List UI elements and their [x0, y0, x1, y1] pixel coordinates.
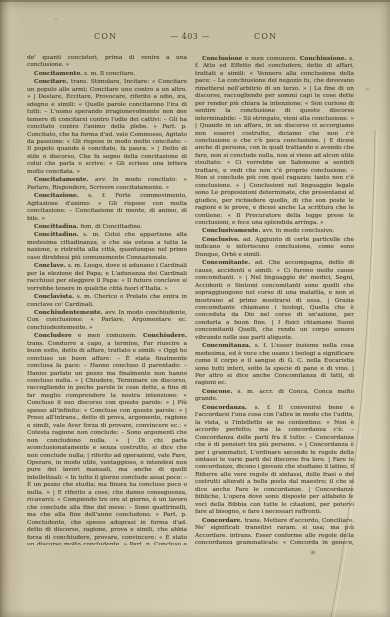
entry-term: Concomitante.	[202, 259, 250, 266]
dictionary-entry: Concordare. trans. Mettere d'accordo, Co…	[195, 517, 354, 545]
entry-text: trans. Condurre a capo, a termine, Far r…	[27, 341, 187, 545]
dictionary-entry: Concittadina. fem. di Concittadino.	[27, 223, 187, 231]
dictionary-entry: Concitazione. s. f. Forte commovimento, …	[27, 192, 187, 223]
dictionary-entry: Concitamento. s. m. Il concitare.	[27, 70, 187, 78]
text-columns: de' quanti concistori, prima di venire a…	[27, 55, 354, 545]
dictionary-entry: Concone. s. m. accr. di Conca, Conca mol…	[195, 388, 354, 404]
dictionary-entry: de' quanti concistori, prima di venire a…	[27, 55, 187, 70]
entry-term: Concitamento.	[34, 70, 82, 77]
page-number: — 403 —	[158, 32, 222, 41]
entry-term: Concitare.	[34, 78, 68, 85]
entry-text: s. m. Il concitare.	[82, 71, 135, 77]
dictionary-entry: Concomitante. ad. Che accompagna, detto …	[195, 259, 354, 342]
entry-term: Concone.	[202, 388, 233, 395]
entry-text: trans. Stimolare, Incitare: « Concitare …	[27, 79, 187, 174]
dictionary-entry: Concittadino. s. m. Colui che appartiene…	[27, 231, 187, 262]
dictionary-entry: Conchiudentemente. avv. In modo conchiud…	[27, 309, 187, 332]
entry-term: Concludere	[34, 332, 72, 339]
entry-term: Concitazione.	[34, 192, 79, 199]
entry-term: Conchiusione.	[300, 55, 347, 62]
entry-term: Concittadina.	[34, 223, 79, 230]
entry-text: fem. di Concittadino.	[79, 224, 143, 230]
paper-stain	[311, 551, 315, 554]
entry-term: Conclusivo.	[202, 236, 240, 243]
dictionary-entry: Concitatamente. avv. In modo concitato: …	[27, 176, 187, 192]
dictionary-entry: Conclusione e men comunem. Conchiusione.…	[195, 55, 354, 227]
entry-term: Concordanza.	[202, 404, 247, 411]
entry-text: e men comunem.	[243, 56, 300, 62]
right-column: Conclusione e men comunem. Conchiusione.…	[195, 55, 354, 545]
entry-term: Concordare.	[202, 517, 242, 524]
entry-term: Conclusione	[202, 55, 243, 62]
entry-text: s. f. Il convenirsi bene e l'accordarsi …	[195, 405, 354, 515]
dictionary-entry: Conclusivamente. avv. In modo conclusivo…	[195, 227, 354, 235]
entry-text: de' quanti concistori, prima di venire a…	[27, 55, 187, 68]
running-head-left: CON	[94, 32, 117, 41]
entry-term: Conclave.	[34, 262, 66, 269]
entry-term: Conchiudentemente.	[34, 309, 103, 316]
dictionary-entry: Concitare. trans. Stimolare, Incitare: «…	[27, 78, 187, 176]
entry-term: Conclavista.	[34, 293, 74, 300]
entry-text: s. f. L'esser insieme nella cosa medesim…	[195, 343, 354, 386]
page-header: CON — 403 — CON	[0, 32, 390, 44]
paper-stain	[366, 88, 369, 90]
running-head-right: CON	[254, 32, 277, 41]
entry-term: Conclusivamente.	[202, 227, 261, 234]
dictionary-entry: Concludere e men comunem. Conchiudere. t…	[27, 332, 187, 545]
dictionary-entry: Concomitanza. s. f. L'esser insieme nell…	[195, 342, 354, 388]
page-top-edge	[0, 0, 390, 2]
dictionary-entry: Conclave. s. m. Luogo, dove si adunano i…	[27, 262, 187, 293]
dictionary-entry: Conclusivo. ad. Aggiunto di certe partic…	[195, 236, 354, 259]
dictionary-entry: Conclavista. s. m. Cherico o Prelato che…	[27, 293, 187, 309]
entry-text: ad. Che accompagna, detto di cause, acci…	[195, 260, 354, 341]
entry-text: e men comunem.	[72, 333, 143, 339]
book-page: CON — 403 — CON de' quanti concistori, p…	[0, 0, 390, 617]
paper-stain	[55, 18, 57, 20]
entry-text: s. f. Atto ed Effetto del concludere, de…	[195, 56, 354, 226]
left-column: de' quanti concistori, prima di venire a…	[27, 55, 187, 545]
entry-term: Concomitanza.	[202, 342, 251, 349]
entry-text: avv. In modo conclusivo.	[261, 228, 335, 234]
entry-term: Concittadino.	[34, 231, 79, 238]
entry-term: Concitatamente.	[34, 176, 89, 183]
entry-term: Conchiudere.	[143, 332, 187, 339]
dictionary-entry: Concordanza. s. f. Il convenirsi bene e …	[195, 404, 354, 517]
